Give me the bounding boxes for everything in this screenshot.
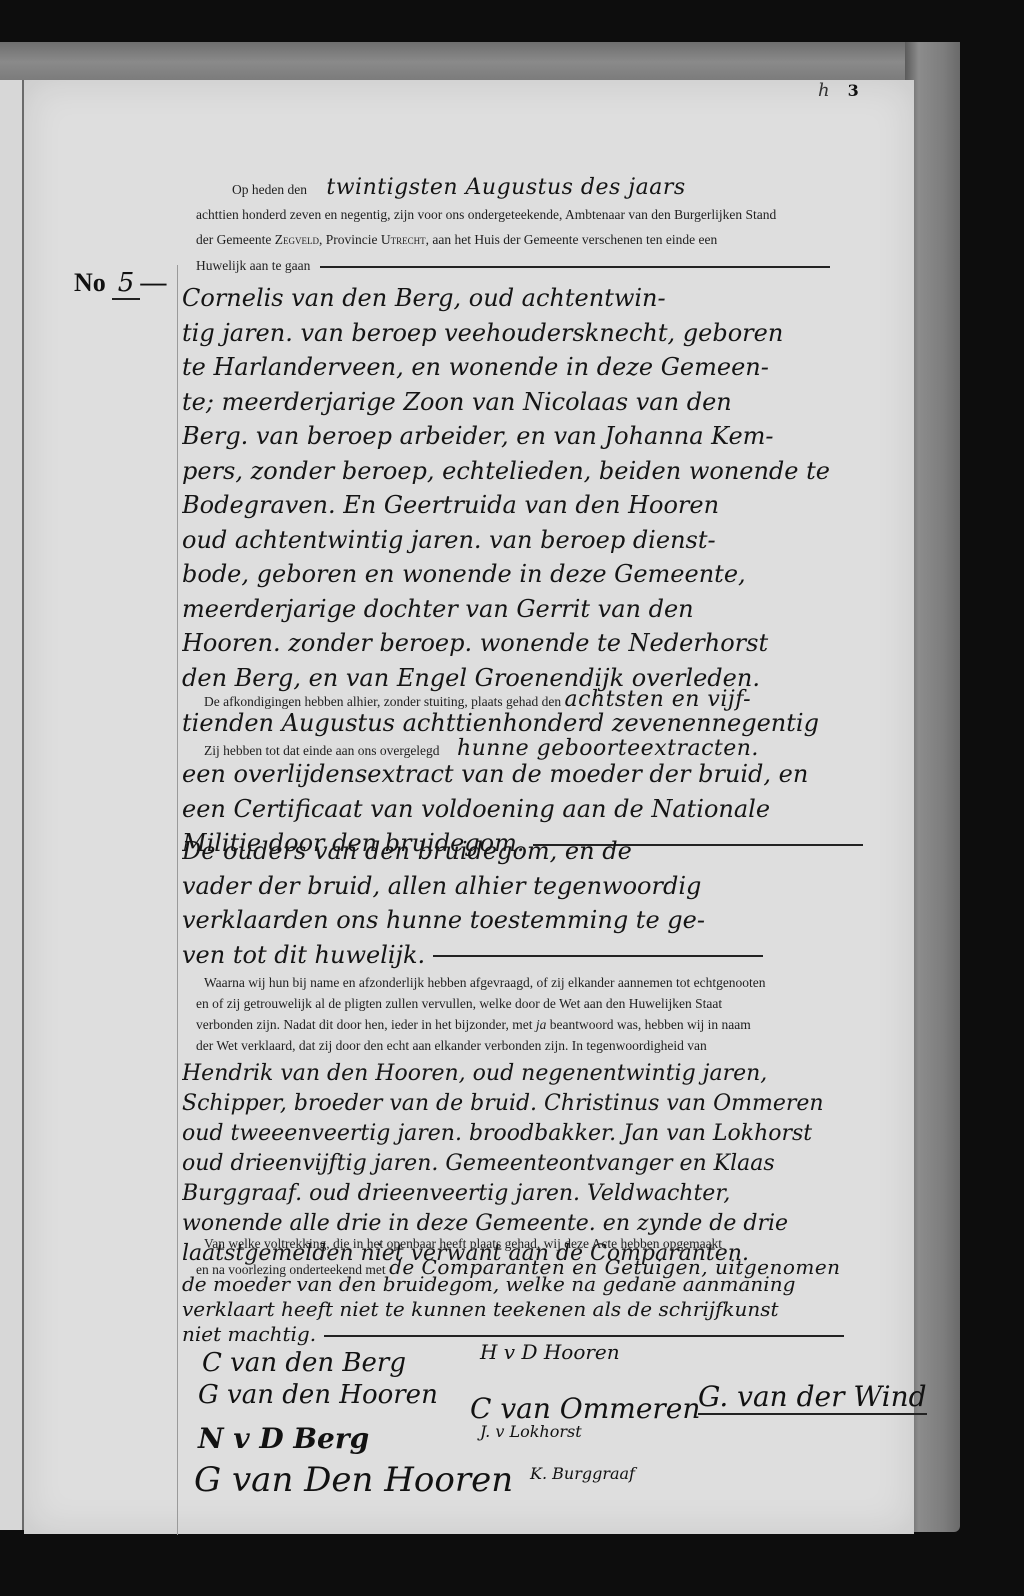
parties-line: Bodegraven. En Geertruida van den Hooren <box>182 488 872 523</box>
signature: H v D Hooren <box>480 1340 620 1364</box>
closing-block: de moeder van den bruidegom, welke na ge… <box>182 1272 872 1347</box>
folio-number: h3 <box>818 80 859 101</box>
margin-rule <box>177 265 178 1535</box>
parties-line: pers, zonder beroep, echtelieden, beiden… <box>182 454 872 489</box>
signature: G van den Hooren <box>198 1380 438 1410</box>
consent-block: De ouders van den bruidegom, en de vader… <box>182 834 872 972</box>
book-top-edge <box>0 42 960 82</box>
declaration-block: Waarna wij hun bij name en afzonderlijk … <box>196 972 866 1056</box>
signature: C van Ommeren <box>470 1392 700 1425</box>
folio-mark: h <box>818 80 830 101</box>
parties-line: Cornelis van den Berg, oud achtentwin- <box>182 281 872 316</box>
signature: G van Den Hooren <box>194 1460 513 1500</box>
signature: G. van der Wind <box>698 1380 927 1415</box>
header-line-2: achttien honderd zeven en negentig, zijn… <box>196 203 866 226</box>
act-number: No5— <box>74 268 166 298</box>
act-number-value: 5 <box>112 268 141 300</box>
signatures-area: C van den Berg H v D Hooren G van den Ho… <box>180 1352 910 1522</box>
parties-line: meerderjarige dochter van Gerrit van den <box>182 592 872 627</box>
hand-date: twintigsten Augustus des jaars <box>326 175 685 200</box>
signature: C van den Berg <box>202 1348 406 1378</box>
municipality: Zegveld <box>275 232 319 247</box>
header-line-3: der Gemeente Zegveld, Provincie Utrecht,… <box>196 228 866 251</box>
parties-line: Berg. van beroep arbeider, en van Johann… <box>182 419 872 454</box>
parties-line: Hooren. zonder beroep. wonende te Nederh… <box>182 626 872 661</box>
parties-line: tig jaren. van beroep veehoudersknecht, … <box>182 316 872 351</box>
folio-page-number: 3 <box>848 81 859 100</box>
act-number-label: No <box>74 268 106 297</box>
parties-line: te Harlanderveen, en wonende in deze Gem… <box>182 350 872 385</box>
parties-block: Cornelis van den Berg, oud achtentwin- t… <box>182 281 872 695</box>
province: Utrecht <box>381 232 426 247</box>
previous-page-strip <box>0 80 24 1530</box>
parties-line: te; meerderjarige Zoon van Nicolaas van … <box>182 385 872 420</box>
parties-line: bode, geboren en wonende in deze Gemeent… <box>182 557 872 592</box>
printed-opening: Op heden den <box>232 182 307 197</box>
closing-line-1: Van welke voltrekking, die in het openba… <box>196 1232 866 1255</box>
signature: N v D Berg <box>198 1422 369 1455</box>
parties-line: oud achtentwintig jaren. van beroep dien… <box>182 523 872 558</box>
signature: J. v Lokhorst <box>480 1422 582 1441</box>
fill-rule <box>320 266 830 268</box>
header-line-1: Op heden den twintigsten Augustus des ja… <box>196 176 866 201</box>
signature: K. Burggraaf <box>530 1464 635 1483</box>
header-line-4: Huwelijk aan te gaan <box>196 254 866 277</box>
